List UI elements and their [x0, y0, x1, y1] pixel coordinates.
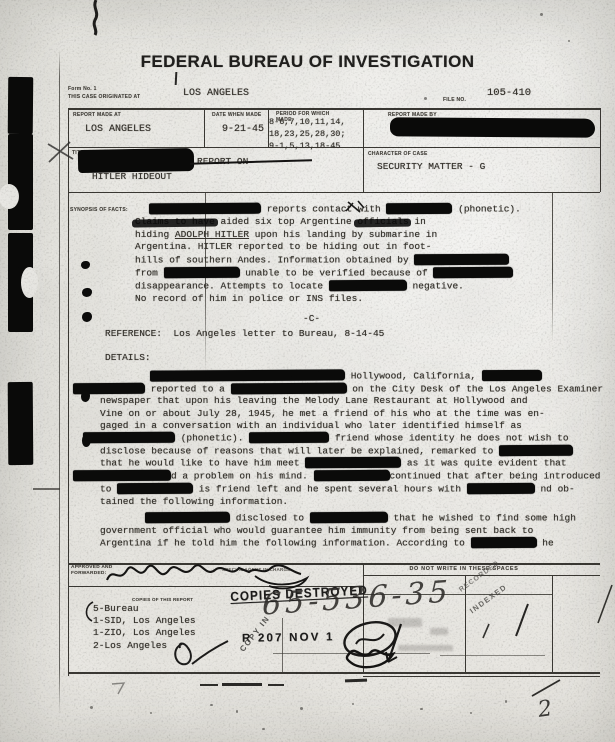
text-segment: nd ob- — [535, 483, 575, 494]
faint-seven-mark — [110, 680, 132, 696]
text-segment: No record of him in police or INS files. — [135, 293, 363, 304]
text-segment: that he would like to have him meet — [100, 458, 305, 469]
text-segment: upon his landing by submarine in — [249, 229, 437, 240]
case-originated-label: THIS CASE ORIGINATED AT — [68, 94, 140, 100]
text-segment: ADOLPH HITLER — [175, 229, 249, 240]
speck — [300, 707, 303, 710]
case-originated-value: LOS ANGELES — [183, 88, 249, 99]
text-line: reported to a on the City Desk of the Lo… — [73, 383, 580, 396]
list-item: 1-SID, Los Angeles — [93, 615, 196, 627]
text-line: tained the following information. — [100, 496, 580, 508]
corner-slash-mark — [596, 583, 614, 625]
text-segment: is friend left and he spent several hour… — [193, 483, 467, 494]
table-border — [68, 108, 69, 676]
redaction-bar — [310, 512, 388, 523]
form-no-label: Form No. 1 — [68, 86, 97, 92]
text-segment: negative. — [407, 280, 464, 291]
text-line: from unable to be verified because of — [135, 267, 480, 280]
text-segment: disclosed to — [230, 513, 310, 524]
title-value: HITLER HIDEOUT — [92, 171, 172, 182]
details-paragraph-2: disclosed to that he wished to find some… — [100, 512, 580, 550]
bottom-dash — [222, 683, 262, 686]
table-border — [68, 192, 600, 193]
fold-tick — [33, 488, 60, 490]
date-when-made-value: 9-21-45 — [222, 124, 264, 135]
speck — [505, 700, 507, 703]
footer-border — [282, 618, 283, 672]
text-segment: hills of southern Andes. Information obt… — [135, 254, 414, 265]
synopsis-label: SYNOPSIS OF FACTS: — [70, 207, 128, 213]
text-segment: hiding — [135, 229, 175, 240]
text-line: to is friend left and he spent several h… — [100, 483, 580, 496]
text-segment: Vine on or about July 28, 1945, he met a… — [100, 408, 545, 419]
speck — [210, 704, 213, 706]
binding-mark — [8, 77, 33, 134]
report-made-at-label: REPORT MADE AT — [73, 112, 121, 118]
redaction-bar — [117, 483, 193, 494]
text-line: Argentina if he told him the following i… — [100, 537, 580, 550]
date-when-made-label: DATE WHEN MADE — [212, 112, 262, 118]
redaction-bar — [145, 512, 230, 523]
speck — [262, 728, 265, 730]
list-item: 5-Bureau — [93, 603, 196, 615]
text-segment: officials — [357, 216, 408, 227]
body-right-line — [552, 192, 553, 342]
redaction-bar — [414, 253, 509, 264]
binding-mark — [8, 134, 33, 230]
binding-notch — [21, 267, 38, 298]
table-border — [204, 108, 205, 147]
speck — [236, 710, 238, 713]
ink-dot — [81, 391, 90, 402]
text-segment: (phonetic). — [175, 433, 249, 444]
list-item: 9-1,5,13,18-45 — [269, 140, 346, 152]
text-segment: aided six top Argentine — [215, 216, 358, 227]
details-paragraph-1: Hollywood, California, reported to a on … — [100, 370, 580, 508]
redaction-bar — [230, 382, 346, 393]
table-border — [600, 108, 601, 192]
speck — [424, 97, 427, 100]
text-segment: reported to a — [145, 383, 231, 394]
text-segment: on the City Desk of the Los Angeles Exam… — [347, 383, 604, 394]
bottom-dash — [345, 679, 367, 682]
ink-dot — [82, 312, 92, 322]
binding-notch — [0, 184, 19, 209]
text-segment: he — [537, 537, 554, 548]
text-line: that he would like to have him meet as i… — [100, 457, 580, 470]
top-edge-scribble — [88, 0, 104, 36]
footer-border — [440, 655, 545, 656]
text-line: d a problem on his mind. continued that … — [73, 470, 580, 483]
text-segment: Claims to have — [135, 216, 215, 227]
ink-dot — [82, 288, 92, 297]
pen-curve-mark — [82, 600, 96, 624]
redaction-bar — [499, 444, 573, 455]
file-no-label: FILE NO. — [443, 97, 466, 103]
arrow-scrawl — [343, 622, 415, 674]
text-segment: continued that after being introduced — [390, 471, 601, 482]
footer-border — [68, 672, 600, 674]
redaction-bar — [249, 432, 329, 443]
bottom-dash — [200, 684, 218, 686]
footer-border — [552, 575, 553, 673]
file-no-value: 105-410 — [487, 87, 531, 99]
text-line: hills of southern Andes. Information obt… — [135, 254, 480, 267]
text-line: government official who would guarantee … — [100, 525, 580, 537]
speck — [568, 40, 570, 42]
period-values: 8-6,7,10,11,14,18,23,25,28,30;9-1,5,13,1… — [269, 116, 346, 152]
page-slash-mark — [530, 678, 562, 698]
text-segment: disclose because of reasons that will la… — [100, 445, 499, 456]
text-line: Claims to have aided six top Argentine o… — [135, 216, 480, 229]
report-made-at-value: LOS ANGELES — [85, 124, 151, 135]
text-line: disclose because of reasons that will la… — [100, 445, 580, 458]
text-segment: Argentina if he told him the following i… — [100, 537, 471, 548]
text-segment: that he wished to find some high — [388, 513, 576, 524]
spacer — [162, 328, 173, 339]
text-line: disclosed to that he wished to find some… — [145, 512, 580, 525]
text-segment: (phonetic). — [452, 204, 520, 215]
bottom-dash — [268, 684, 284, 686]
speck — [150, 712, 152, 714]
text-line: hiding ADOLPH HITLER upon his landing by… — [135, 229, 480, 242]
table-border — [363, 108, 364, 192]
ink-dot — [82, 434, 91, 447]
text-line: Vine on or about July 28, 1945, he met a… — [100, 408, 580, 420]
redaction-bar — [467, 483, 535, 494]
redaction-title — [78, 148, 194, 173]
text-line: reports contact with (phonetic). — [149, 203, 480, 216]
text-segment: from — [135, 267, 164, 278]
details-label: DETAILS: — [105, 352, 151, 363]
text-segment: d a problem on his mind. — [171, 471, 314, 482]
table-border — [68, 108, 600, 110]
redaction-bar — [471, 537, 537, 548]
redaction-bar — [386, 203, 452, 214]
redaction-bar — [73, 470, 171, 481]
character-of-case-label: CHARACTER OF CASE — [368, 151, 428, 157]
redaction-bar — [329, 279, 407, 290]
header-stray-mark — [175, 72, 178, 85]
check-scribble — [344, 199, 366, 215]
do-not-write-label: DO NOT WRITE IN THESE SPACES — [363, 566, 565, 572]
text-segment: as it was quite evident that — [401, 458, 566, 469]
text-line: Hollywood, California, — [150, 370, 580, 383]
text-segment: gaged in a conversation with an individu… — [100, 420, 522, 431]
speck — [352, 703, 354, 705]
text-segment: friend whose identity he does not wish t… — [329, 433, 568, 444]
small-tick-mark — [480, 622, 492, 640]
redaction-bar — [305, 457, 401, 468]
separator-c: -C- — [303, 313, 320, 324]
text-line: Argentina. HITLER reported to be hiding … — [135, 241, 480, 254]
pen-slash-mark — [512, 602, 532, 638]
speck — [90, 706, 93, 709]
x-mark-scribble — [46, 140, 76, 164]
footer-border — [363, 676, 600, 677]
redaction-bar — [313, 470, 389, 481]
indexed-stamp: INDEXED — [468, 582, 509, 615]
text-segment: unable to be verified because of — [240, 267, 434, 278]
text-line: (phonetic). friend whose identity he doe… — [83, 432, 580, 445]
text-segment: Argentina. HITLER reported to be hiding … — [135, 241, 431, 252]
faint-stamp-mark — [430, 628, 448, 635]
text-segment: disappearance. Attempts to locate — [135, 280, 329, 291]
redaction-bar — [150, 369, 345, 381]
agency-header: FEDERAL BUREAU OF INVESTIGATION — [0, 52, 615, 72]
text-line: disappearance. Attempts to locate negati… — [135, 280, 480, 293]
redaction-bar — [482, 370, 542, 381]
scanned-fbi-document-page: FEDERAL BUREAU OF INVESTIGATION Form No.… — [0, 0, 615, 742]
synopsis-text: reports contact with (phonetic).Claims t… — [135, 203, 480, 305]
list-item: 18,23,25,28,30; — [269, 128, 346, 140]
reference-line: REFERENCE: Los Angeles letter to Bureau,… — [105, 328, 384, 339]
text-segment: reports contact with — [261, 204, 386, 215]
redaction-bar — [433, 266, 513, 277]
speck — [470, 712, 472, 714]
character-of-case-value: SECURITY MATTER - G — [377, 161, 485, 172]
text-line: No record of him in police or INS files. — [135, 293, 480, 306]
text-segment: Hollywood, California, — [345, 371, 482, 382]
redaction-bar — [149, 203, 261, 214]
text-segment: newspaper that upon his leaving the Melo… — [100, 395, 528, 406]
text-segment: to — [100, 483, 117, 494]
speck — [420, 708, 423, 710]
text-segment: government official who would guarantee … — [100, 525, 533, 536]
text-line: newspaper that upon his leaving the Melo… — [100, 395, 580, 407]
redaction-report-made-by — [390, 117, 595, 137]
text-segment: tained the following information. — [100, 496, 288, 507]
text-segment: in — [409, 216, 426, 227]
page-number: 2 — [536, 696, 553, 723]
reference-value: Los Angeles letter to Bureau, 8-14-45 — [173, 328, 384, 339]
loop-scrawl — [168, 638, 232, 672]
ink-dot — [81, 261, 90, 269]
binding-mark — [8, 382, 34, 465]
redaction-bar — [163, 266, 239, 277]
redaction-bar — [83, 432, 175, 443]
text-line: gaged in a conversation with an individu… — [100, 420, 580, 432]
list-item: 8-6,7,10,11,14, — [269, 116, 346, 128]
reference-label: REFERENCE: — [105, 328, 162, 339]
speck — [540, 13, 543, 16]
